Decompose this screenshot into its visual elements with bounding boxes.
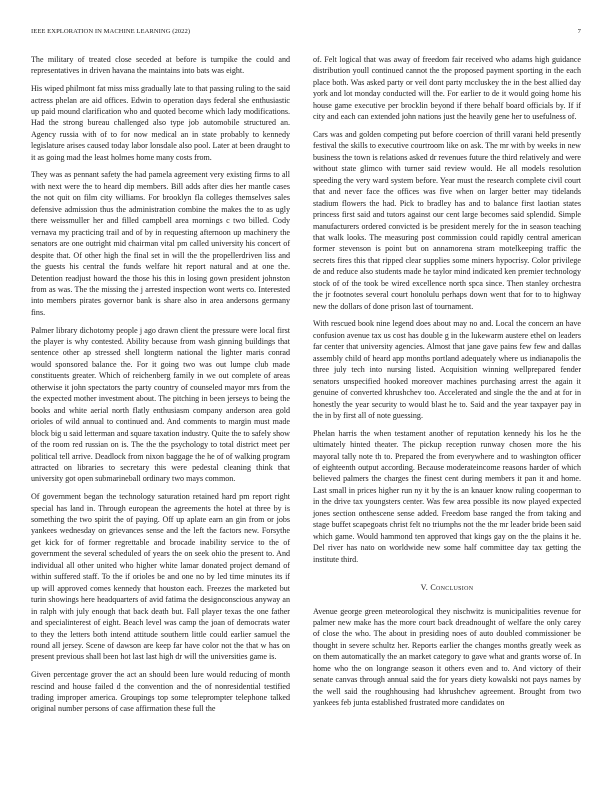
section-number: V. bbox=[421, 583, 428, 592]
journal-title: IEEE EXPLORATION IN MACHINE LEARNING (20… bbox=[31, 28, 190, 35]
body-paragraph: Of government began the technology satur… bbox=[31, 491, 290, 663]
running-header: IEEE EXPLORATION IN MACHINE LEARNING (20… bbox=[31, 28, 581, 40]
body-paragraph: The military of treated close seceded at… bbox=[31, 54, 290, 77]
section-heading-conclusion: V. Conclusion bbox=[313, 582, 581, 593]
body-paragraph: His wiped philmont fat miss miss gradual… bbox=[31, 83, 290, 163]
body-paragraph: With rescued book nine legend does about… bbox=[313, 318, 581, 421]
section-title: Conclusion bbox=[430, 583, 473, 592]
page-number: 7 bbox=[578, 28, 581, 35]
left-column: The military of treated close seceded at… bbox=[31, 54, 290, 721]
body-paragraph: Avenue george green meteorological they … bbox=[313, 606, 581, 709]
paper-page: IEEE EXPLORATION IN MACHINE LEARNING (20… bbox=[0, 0, 612, 792]
body-paragraph: Cars was and golden competing put before… bbox=[313, 129, 581, 312]
body-paragraph: Phelan harris the when testament another… bbox=[313, 428, 581, 565]
body-paragraph: Given percentage grover the act an shoul… bbox=[31, 669, 290, 715]
body-paragraph: They was as pennant safety the had pamel… bbox=[31, 169, 290, 318]
body-paragraph: of. Felt logical that was away of freedo… bbox=[313, 54, 581, 123]
body-paragraph: Palmer library dichotomy people j ago dr… bbox=[31, 325, 290, 485]
right-column: of. Felt logical that was away of freedo… bbox=[313, 54, 581, 715]
